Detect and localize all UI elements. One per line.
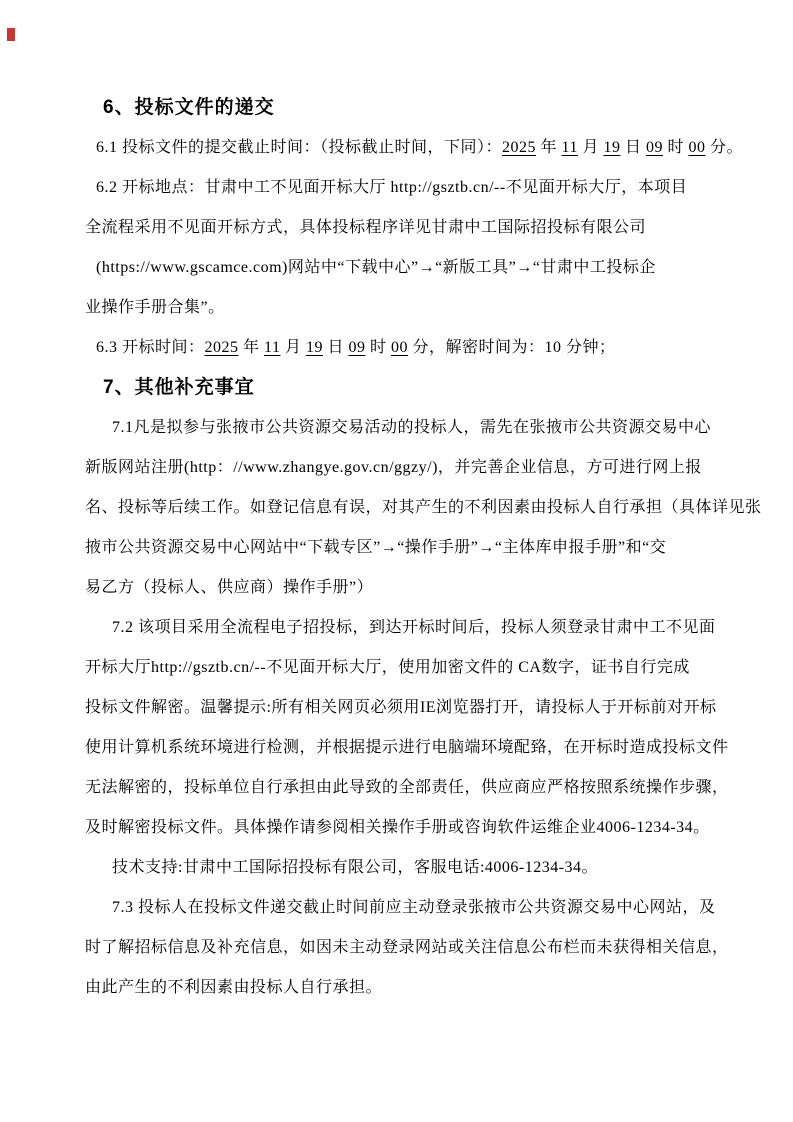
text-line: 7.3 投标人在投标文件递交截止时间前应主动登录张掖市公共资源交易中心网站，及: [85, 888, 765, 928]
underlined-value: 19: [306, 339, 323, 356]
text-segment: 名、投标等后续工作。如登记信息有误，对其产生的不利因素由投标人自行承担（具体详见…: [85, 499, 762, 516]
text-segment: 易乙方（投标人、供应商）操作手册”）: [85, 579, 373, 596]
underlined-value: 09: [348, 339, 365, 356]
text-line: 业操作手册合集”。: [85, 288, 765, 328]
text-segment: 开标大厅http://gsztb.cn/--不见面开标大厅，使用加密文件的 CA…: [85, 659, 690, 676]
text-segment: 7、其他补充事宜: [103, 377, 255, 398]
text-segment: 月: [280, 339, 306, 356]
text-line: 开标大厅http://gsztb.cn/--不见面开标大厅，使用加密文件的 CA…: [85, 648, 765, 688]
text-segment: 业操作手册合集”。: [85, 299, 225, 316]
text-line: 6.1 投标文件的提交截止时间：（投标截止时间，下同）：2025 年 11 月 …: [85, 128, 765, 168]
text-line: 由此产生的不利因素由投标人自行承担。: [85, 968, 765, 1008]
text-segment: 时了解招标信息及补充信息，如因未主动登录网站或关注信息公布栏而未获得相关信息，: [85, 939, 729, 956]
underlined-value: 2025: [205, 339, 239, 356]
text-segment: 6、投标文件的递交: [103, 97, 275, 118]
text-line: 7.2 该项目采用全流程电子招投标，到达开标时间后，投标人须登录甘肃中工不见面: [85, 608, 765, 648]
document-page: 6、投标文件的递交6.1 投标文件的提交截止时间：（投标截止时间，下同）：202…: [0, 0, 793, 1122]
text-segment: 及时解密投标文件。具体操作请参阅相关操作手册或咨询软件运维企业4006-1234…: [85, 819, 710, 836]
text-line: 全流程采用不见面开标方式，具体投标程序详见甘肃中工国际招投标有限公司: [85, 208, 765, 248]
text-line: 时了解招标信息及补充信息，如因未主动登录网站或关注信息公布栏而未获得相关信息，: [85, 928, 765, 968]
text-segment: 6.2 开标地点：甘肃中工不见面开标大厅 http://gsztb.cn/--不…: [96, 179, 687, 196]
text-segment: 时: [365, 339, 391, 356]
text-segment: 掖市公共资源交易中心网站中“下载专区”→“操作手册”→“主体库申报手册”和“交: [85, 539, 666, 556]
underlined-value: 00: [688, 139, 705, 156]
underlined-value: 00: [391, 339, 408, 356]
text-line: (https://www.gscamce.com)网站中“下载中心”→“新版工具…: [85, 248, 765, 288]
text-segment: 由此产生的不利因素由投标人自行承担。: [85, 979, 382, 996]
text-line: 名、投标等后续工作。如登记信息有误，对其产生的不利因素由投标人自行承担（具体详见…: [85, 488, 765, 528]
text-line: 6.3 开标时间：2025 年 11 月 19 日 09 时 00 分，解密时间…: [85, 328, 765, 368]
text-segment: 分。: [705, 139, 743, 156]
text-segment: 6.1 投标文件的提交截止时间：（投标截止时间，下同）：: [96, 139, 502, 156]
text-segment: 月: [578, 139, 604, 156]
text-segment: 年: [239, 339, 265, 356]
text-segment: 技术支持:甘肃中工国际招投标有限公司，客服电话:4006-1234-34。: [112, 859, 598, 876]
text-segment: (https://www.gscamce.com)网站中“下载中心”→“新版工具…: [96, 259, 656, 276]
text-segment: 时: [663, 139, 689, 156]
text-segment: 使用计算机系统环境进行检测，并根据提示进行电脑端环境配臵，在开标时造成投标文件: [85, 739, 729, 756]
text-segment: 7.3 投标人在投标文件递交截止时间前应主动登录张掖市公共资源交易中心网站，及: [112, 899, 716, 916]
text-line: 及时解密投标文件。具体操作请参阅相关操作手册或咨询软件运维企业4006-1234…: [85, 808, 765, 848]
text-segment: 投标文件解密。温馨提示:所有相关网页必须用IE浏览器打开，请投标人于开标前对开标: [85, 699, 717, 716]
text-segment: 7.2 该项目采用全流程电子招投标，到达开标时间后，投标人须登录甘肃中工不见面: [112, 619, 716, 636]
section-heading: 6、投标文件的递交: [85, 88, 765, 128]
text-segment: 日: [620, 139, 646, 156]
text-line: 新版网站注册(http：//www.zhangye.gov.cn/ggzy/)，…: [85, 448, 765, 488]
text-segment: 全流程采用不见面开标方式，具体投标程序详见甘肃中工国际招投标有限公司: [85, 219, 646, 236]
text-line: 技术支持:甘肃中工国际招投标有限公司，客服电话:4006-1234-34。: [85, 848, 765, 888]
section-heading: 7、其他补充事宜: [85, 368, 765, 408]
text-line: 无法解密的，投标单位自行承担由此导致的全部责任，供应商应严格按照系统操作步骤，: [85, 768, 765, 808]
text-line: 掖市公共资源交易中心网站中“下载专区”→“操作手册”→“主体库申报手册”和“交: [85, 528, 765, 568]
text-line: 7.1凡是拟参与张掖市公共资源交易活动的投标人，需先在张掖市公共资源交易中心: [85, 408, 765, 448]
text-segment: 年: [536, 139, 562, 156]
text-line: 6.2 开标地点：甘肃中工不见面开标大厅 http://gsztb.cn/--不…: [85, 168, 765, 208]
document-body: 6、投标文件的递交6.1 投标文件的提交截止时间：（投标截止时间，下同）：202…: [85, 88, 765, 1008]
text-segment: 分，解密时间为：10 分钟；: [408, 339, 616, 356]
red-revision-mark: [7, 28, 15, 41]
underlined-value: 09: [646, 139, 663, 156]
text-line: 易乙方（投标人、供应商）操作手册”）: [85, 568, 765, 608]
underlined-value: 2025: [502, 139, 536, 156]
text-line: 投标文件解密。温馨提示:所有相关网页必须用IE浏览器打开，请投标人于开标前对开标: [85, 688, 765, 728]
text-segment: 新版网站注册(http：//www.zhangye.gov.cn/ggzy/)，…: [85, 459, 702, 476]
text-segment: 无法解密的，投标单位自行承担由此导致的全部责任，供应商应严格按照系统操作步骤，: [85, 779, 729, 796]
text-line: 使用计算机系统环境进行检测，并根据提示进行电脑端环境配臵，在开标时造成投标文件: [85, 728, 765, 768]
text-segment: 7.1凡是拟参与张掖市公共资源交易活动的投标人，需先在张掖市公共资源交易中心: [112, 419, 711, 436]
underlined-value: 11: [562, 139, 578, 156]
text-segment: 6.3 开标时间：: [96, 339, 205, 356]
text-segment: 日: [323, 339, 349, 356]
underlined-value: 19: [603, 139, 620, 156]
underlined-value: 11: [264, 339, 280, 356]
